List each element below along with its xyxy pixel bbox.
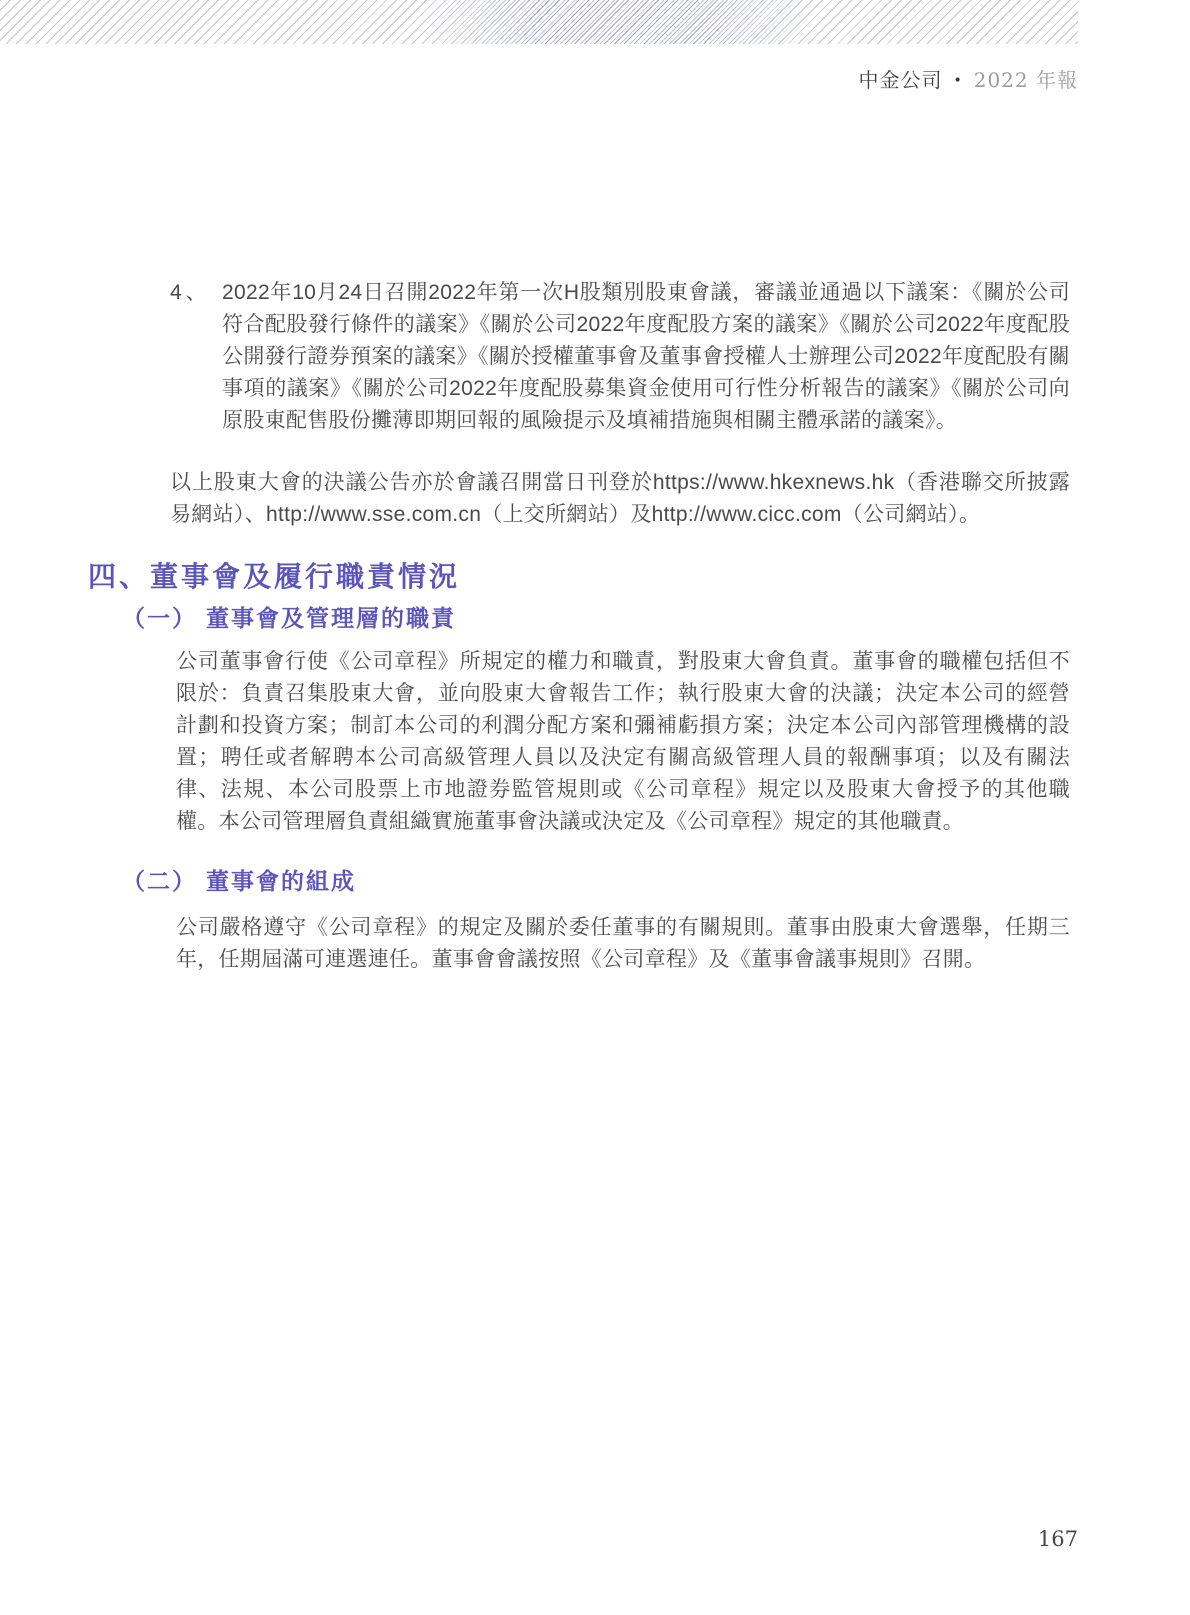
subsection-title-text: 董事會及管理層的職責 bbox=[206, 603, 456, 633]
report-page: 中金公司 • 2022 年報 4、 2022年10月24日召開2022年第一次H… bbox=[0, 0, 1190, 1615]
subsection-label: （一） bbox=[122, 603, 197, 633]
header-separator-dot: • bbox=[953, 73, 962, 89]
page-number: 167 bbox=[1038, 1527, 1078, 1551]
company-name: 中金公司 bbox=[858, 64, 942, 93]
page-header: 中金公司 • 2022 年報 bbox=[858, 64, 1078, 93]
section-heading: 四、董事會及履行職責情況 bbox=[88, 559, 460, 595]
report-edition: 2022 年報 bbox=[974, 64, 1078, 93]
subsection-body-composition: 公司嚴格遵守《公司章程》的規定及關於委任董事的有關規則。董事由股東大會選舉，任期… bbox=[176, 912, 1070, 976]
subsection-heading-composition: （二） 董事會的組成 bbox=[122, 866, 356, 896]
subsection-label: （二） bbox=[122, 866, 197, 896]
hatch-blue-tint bbox=[420, 0, 820, 44]
decorative-hatch-band bbox=[0, 0, 1078, 44]
resolutions-list-item: 4、 2022年10月24日召開2022年第一次H股類別股東會議，審議並通過以下… bbox=[170, 277, 1070, 437]
subsection-body-responsibilities: 公司董事會行使《公司章程》所規定的權力和職責，對股東大會負責。董事會的職權包括但… bbox=[176, 646, 1070, 838]
subsection-heading-responsibilities: （一） 董事會及管理層的職責 bbox=[122, 603, 456, 633]
subsection-title-text: 董事會的組成 bbox=[206, 866, 356, 896]
list-item-text: 2022年10月24日召開2022年第一次H股類別股東會議，審議並通過以下議案：… bbox=[222, 277, 1070, 437]
list-item-number: 4、 bbox=[170, 277, 211, 309]
announcement-paragraph: 以上股東大會的決議公告亦於會議召開當日刊登於https://www.hkexne… bbox=[170, 467, 1070, 531]
